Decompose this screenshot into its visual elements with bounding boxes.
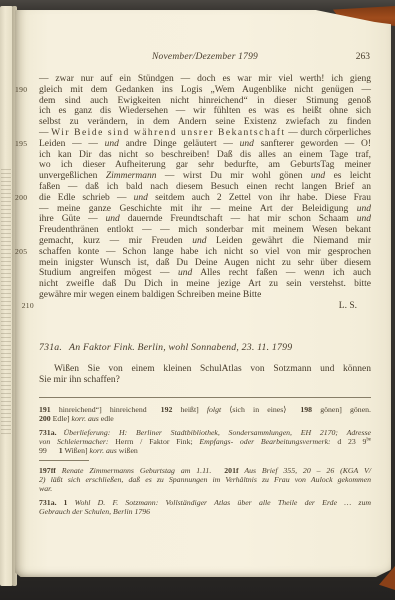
letter-731a-heading: 731a.An Faktor Fink. Berlin, wohl Sonnab… [39, 342, 371, 353]
text-segment: mein inigster Wunsch ist, daß Du Deine A… [39, 258, 371, 268]
text-segment: gemacht, kurz — mir Freuden [39, 236, 192, 246]
text-segment: Herrn / Faktor Fink; [109, 437, 200, 446]
line-number: 205 [15, 247, 34, 258]
letter-text-line: — zwar nur auf ein Stündgen — doch es wa… [39, 74, 371, 85]
text-segment: — [39, 128, 51, 138]
text-segment: 2) läßt sich erschließen, daß es zu Span… [39, 475, 371, 484]
apparatus-commentary-731a: 731a.1 Wohl D. F. Sotzmann: Vollständige… [39, 498, 371, 516]
text-segment: Sie mir ihn schaffen? [39, 375, 120, 385]
text-segment: 731a. [39, 428, 57, 437]
letter-text-line: wo ich dieser Aufheiterung gar sehr bedu… [39, 160, 371, 171]
text-segment: hinreichend“] hinreichend [51, 405, 147, 414]
apparatus-line: Gebrauch der Schulen, Berlin 1796 [39, 507, 371, 516]
letter-text-line: gewähre mir wegen einem baldigen Schreib… [39, 290, 371, 301]
line-number: 195 [15, 139, 34, 150]
text-segment: gönen] gönen. [312, 405, 371, 414]
text-segment: ihre Güte — [39, 214, 106, 224]
text-segment: dem sind auch Ewigkeiten nicht hinreiche… [39, 96, 371, 106]
page-content: November/Dezember 1799 263 — zwar nur au… [39, 10, 371, 516]
apparatus-line: 731a.1 Wohl D. F. Sotzmann: Vollständige… [39, 498, 371, 507]
text-segment: ich kan Dir das nicht so beschreiben! Da… [39, 150, 371, 160]
text-segment: 201f [224, 466, 238, 475]
text-segment: ich auch [324, 268, 371, 278]
text-segment: — wirst Du mir wohl gönen [156, 171, 310, 181]
text-segment: und [311, 171, 325, 181]
text-segment: unvergeßlichen [39, 171, 106, 181]
text-segment: Wißen] [63, 446, 90, 455]
text-segment: 731a. [39, 342, 62, 353]
apparatus-rule [39, 397, 371, 398]
text-segment: 191 [39, 405, 51, 414]
page-number: 263 [356, 52, 370, 62]
text-segment: L. S. [339, 301, 357, 311]
text-segment: — zwar nur auf ein Stündgen — doch es wa… [39, 74, 371, 84]
scanned-book-page: November/Dezember 1799 263 — zwar nur au… [15, 10, 391, 577]
running-title: November/Dezember 1799 [39, 52, 371, 62]
letter-text-line: Sie mir ihn schaffen? [39, 375, 371, 386]
text-segment: seitdem auch 2 Zettel von ihr habe. Dies… [148, 193, 371, 203]
text-segment: faßen — daß ich bald nach diesem Besuch … [39, 182, 371, 192]
text-segment: Überlieferung: H: Berliner Stadtbiblioth… [64, 428, 371, 437]
letter-text-line: gemacht, kurz — mir Freuden und Leiden g… [39, 236, 371, 247]
text-segment: dauernde Freundtschaft — hat mir schon S… [120, 214, 357, 224]
letter-text-line: unvergeßlichen Zimmermann — wirst Du mir… [39, 171, 371, 182]
text-segment: und [357, 204, 371, 214]
text-segment: wo ich dieser Aufheiterung gar sehr bedu… [39, 160, 371, 170]
apparatus-line: 200 Edle] korr. aus edle [39, 414, 371, 423]
letter-text-line: mein inigster Wunsch ist, daß Du Deine A… [39, 258, 371, 269]
letter-text-line: — meine ganze Geschichte mit ihr — meine… [39, 204, 371, 215]
text-segment: 192 [161, 405, 173, 414]
apparatus-variants: 191 hinreichend“] hinreichend192 heißt] … [39, 405, 371, 423]
text-segment: Wißen Sie von einem kleinen SchulAtlas v… [54, 364, 371, 374]
text-segment: andre Dinge geläutert — [119, 139, 240, 149]
text-segment: und [240, 139, 254, 149]
text-segment: Edle] [51, 414, 72, 423]
letter-730-body: — zwar nur auf ein Stündgen — doch es wa… [39, 74, 371, 312]
letter-text-line: selbst zu verändern, in dem Andern seine… [39, 117, 371, 128]
text-segment: Leiden — — [39, 139, 105, 149]
text-segment: es leicht [325, 171, 371, 181]
text-segment: 197ff [39, 466, 56, 475]
apparatus-transmission: 731a.Überlieferung: H: Berliner Stadtbib… [39, 428, 371, 455]
text-segment: folgt [207, 405, 221, 414]
text-segment: gleich mit dem Gedanken ins Logis „Wem A… [39, 85, 371, 95]
text-segment: 731a. [39, 498, 57, 507]
text-segment: Freudenthränen entlokt — — mich sonderba… [39, 225, 371, 235]
text-segment: heißt] [172, 405, 206, 414]
text-segment: die Edle schrieb — [39, 193, 134, 203]
apparatus-commentary-730: 197ff Renate Zimmermanns Geburtstag am 1… [39, 466, 371, 493]
apparatus-line: von Schleiermacher: Herrn / Faktor Fink;… [39, 437, 371, 446]
text-segment: 200 [39, 414, 51, 423]
line-number: 190 [15, 85, 34, 96]
letter-text-line: Studium angreifen mögest — und Alles rec… [39, 268, 371, 279]
text-segment: Renate Zimmermanns Geburtstag am 1.11. [56, 466, 211, 475]
text-segment: gewähre mir wegen einem baldigen Schreib… [39, 290, 261, 300]
letter-text-line: 195Leiden — — und andre Dinge geläutert … [39, 139, 371, 150]
text-segment: korr. aus [90, 446, 117, 455]
letter-text-line: ich es ganz dis Wiedersehen — wir fühlte… [39, 106, 371, 117]
text-segment: Aus Brief 355, 20 – 26 (KGA V/ [239, 466, 371, 475]
text-segment: und [134, 193, 148, 203]
text-segment: — durch cörperliches [286, 128, 371, 138]
apparatus-line: 191 hinreichend“] hinreichend192 heißt] … [39, 405, 371, 414]
text-segment: und [192, 236, 206, 246]
text-segment: edle [99, 414, 114, 423]
letter-text-line: 190gleich mit dem Gedanken ins Logis „We… [39, 85, 371, 96]
text-segment: ich es ganz dis Wiedersehen — wir fühlte… [39, 106, 371, 116]
letter-text-line: Wißen Sie von einem kleinen SchulAtlas v… [39, 364, 371, 375]
letter-text-line: nicht zweifle daß Du Dich in meine jezig… [39, 279, 371, 290]
apparatus-line: 197ff Renate Zimmermanns Geburtstag am 1… [39, 466, 371, 475]
text-segment: Empfangs- oder Bearbeitungsvermerk: [199, 437, 330, 446]
apparatus-line: war. [39, 484, 371, 493]
text-segment: und [106, 214, 120, 224]
text-segment: sanfterer geworden — O! [254, 139, 371, 149]
line-number: 200 [15, 193, 34, 204]
apparatus-rule-short [39, 460, 89, 461]
text-segment: und [105, 139, 119, 149]
text-segment: und [357, 214, 371, 224]
text-segment: selbst zu verändern, in dem Andern seine… [39, 117, 371, 127]
running-header: November/Dezember 1799 263 [39, 52, 371, 65]
apparatus-line: 991 Wißen] korr. aus wißen [39, 446, 371, 455]
letter-text-line: — Wir Beide sind während unsrer Bekantsc… [39, 128, 371, 139]
letter-text-line: ich kan Dir das nicht so beschreiben! Da… [39, 150, 371, 161]
letter-text-line: dem sind auch Ewigkeiten nicht hinreiche… [39, 96, 371, 107]
text-segment: Gebrauch der Schulen, Berlin 1796 [39, 507, 150, 516]
text-segment: Alles recht faßen — wen [192, 268, 319, 278]
text-segment: schaffen konte — Schon lange habe ich ni… [39, 247, 371, 257]
text-segment: ⟨sich in eines⟩ [221, 405, 286, 414]
letter-731a-body: Wißen Sie von einem kleinen SchulAtlas v… [39, 364, 371, 386]
apparatus-line: 2) läßt sich erschließen, daß es zu Span… [39, 475, 371, 484]
letter-text-line: faßen — daß ich bald nach diesem Besuch … [39, 182, 371, 193]
text-segment: war. [39, 484, 52, 493]
text-segment: Wir Beide sind während unsrer Bekantscha… [51, 128, 285, 138]
text-segment: nicht zweifle daß Du Dich in meine jezig… [39, 279, 371, 289]
text-segment: 198 [300, 405, 312, 414]
text-segment: Zimmermann [106, 171, 157, 181]
text-segment: korr. aus [72, 414, 99, 423]
letter-text-line: 200die Edle schrieb — und seitdem auch 2… [39, 193, 371, 204]
text-segment: Leiden gewährt die Niemand mir [206, 236, 371, 246]
apparatus-line: 731a.Überlieferung: H: Berliner Stadtbib… [39, 428, 371, 437]
text-segment: be [366, 437, 371, 442]
text-segment: 99 [39, 446, 47, 455]
text-segment: Wohl D. F. Sotzmann: Vollständiger Atlas… [67, 498, 371, 507]
text-segment: d 23 9 [331, 437, 367, 446]
text-segment: und [178, 268, 192, 278]
letter-text-line: Freudenthränen entlokt — — mich sonderba… [39, 225, 371, 236]
letter-text-line: ihre Güte — und dauernde Freundtschaft —… [39, 214, 371, 225]
letter-text-line: 205schaffen konte — Schon lange habe ich… [39, 247, 371, 258]
letter-text-line: 210L. S. [39, 301, 371, 312]
text-segment: Studium angreifen mögest — [39, 268, 178, 278]
text-segment: wißen [117, 446, 138, 455]
text-segment: An Faktor Fink. Berlin, wohl Sonnabend, … [69, 342, 292, 353]
text-segment: von Schleiermacher: [39, 437, 109, 446]
text-segment: — meine ganze Geschichte mit ihr — meine… [39, 204, 357, 214]
line-number: 210 [15, 301, 34, 312]
